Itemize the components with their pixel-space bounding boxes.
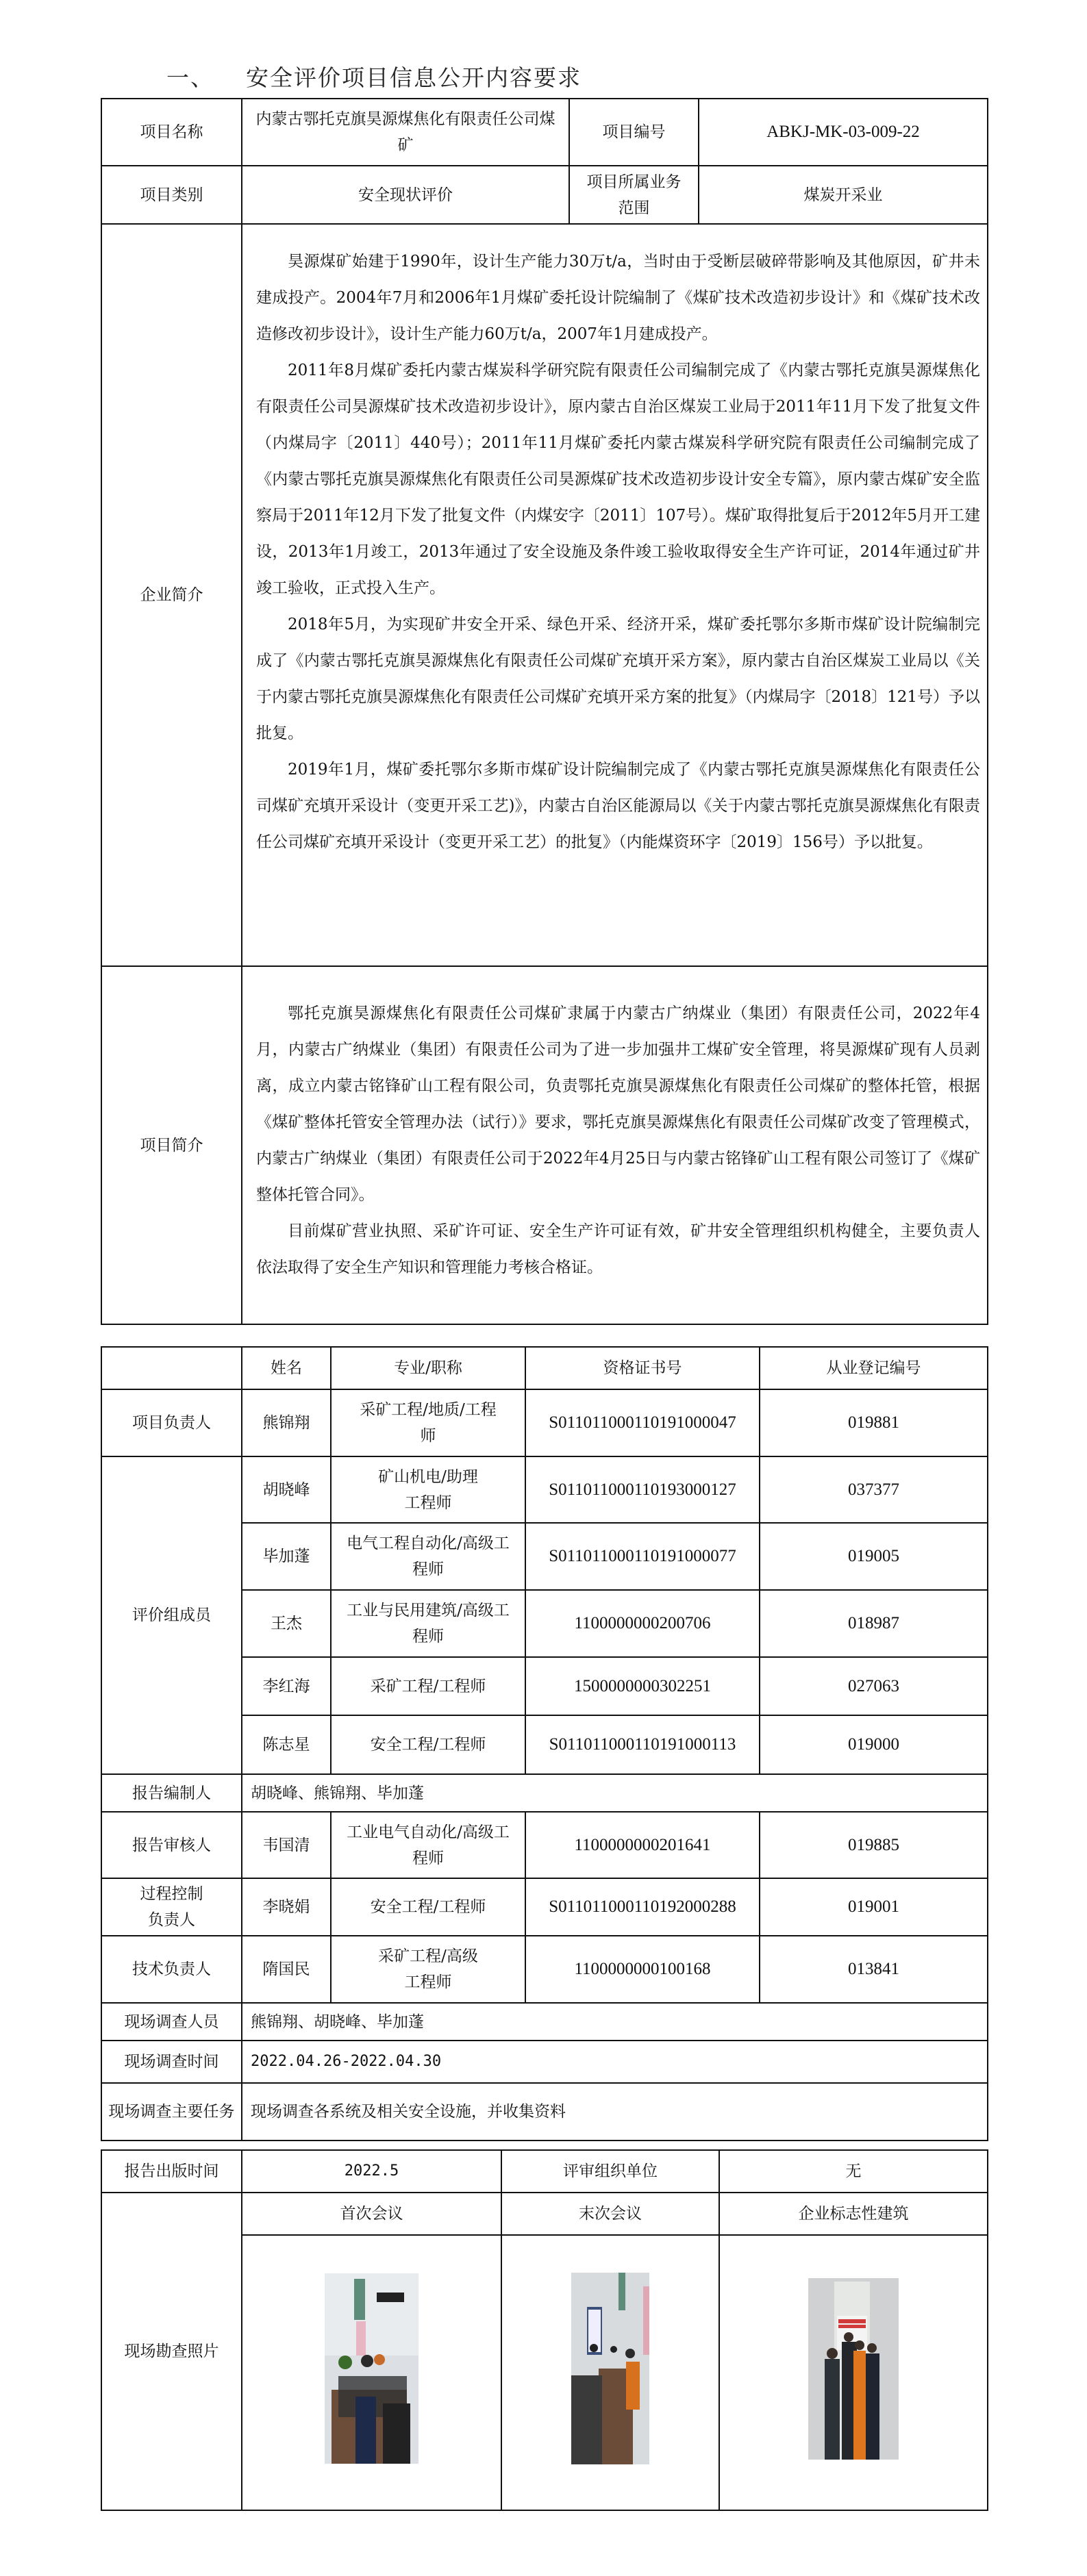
person-title: 安全工程/工程师 (331, 1878, 525, 1936)
table-row: 技术负责人 隋国民 采矿工程/高级工程师 1100000000100168 01… (101, 1936, 988, 2003)
person-title: 电气工程自动化/高级工程师 (331, 1523, 525, 1590)
photo-cell-first-meeting (242, 2235, 501, 2510)
project-intro-paragraph: 目前煤矿营业执照、采矿许可证、安全生产许可证有效，矿井安全管理组织机构健全，主要… (256, 1213, 980, 1286)
project-scope-value: 煤炭开采业 (699, 166, 988, 224)
meeting-room-image-icon (325, 2273, 418, 2464)
person-reg: 019000 (760, 1715, 988, 1774)
person-title: 采矿工程/工程师 (331, 1657, 525, 1715)
person-reg: 019881 (760, 1389, 988, 1456)
person-cert: 1100000000200706 (525, 1590, 760, 1657)
person-reg: 037377 (760, 1456, 988, 1523)
section-number: 一、 (166, 64, 214, 91)
role-process-control: 过程控制负责人 (101, 1878, 242, 1936)
person-cert: S011011000110191000047 (525, 1389, 760, 1456)
person-reg: 019005 (760, 1523, 988, 1590)
photo-cell-landmark (719, 2235, 988, 2510)
landmark-building-photo (808, 2278, 899, 2460)
table-row: 报告出版时间 2022.5 评审组织单位 无 (101, 2150, 988, 2193)
publish-photos-table: 报告出版时间 2022.5 评审组织单位 无 现场勘查照片 首次会议 末次会议 … (101, 2149, 988, 2511)
person-cert: S011011000110192000288 (525, 1878, 760, 1936)
project-category-value: 安全现状评价 (242, 166, 569, 224)
section-heading: 一、安全评价项目信息公开内容要求 (166, 60, 582, 92)
project-intro-text: 鄂托克旗昊源煤焦化有限责任公司煤矿隶属于内蒙古广纳煤业（集团）有限责任公司，20… (242, 966, 988, 1324)
person-title: 工业与民用建筑/高级工程师 (331, 1590, 525, 1657)
role-site-investigators: 现场调查人员 (101, 2003, 242, 2041)
site-investigators-value: 熊锦翔、胡晓峰、毕加蓬 (242, 2003, 988, 2041)
person-reg: 019001 (760, 1878, 988, 1936)
project-intro-paragraph: 鄂托克旗昊源煤焦化有限责任公司煤矿隶属于内蒙古广纳煤业（集团）有限责任公司，20… (256, 996, 980, 1213)
role-site-investigation-tasks: 现场调查主要任务 (101, 2083, 242, 2141)
person-cert: 1500000000302251 (525, 1657, 760, 1715)
person-name: 李晓娟 (242, 1878, 331, 1936)
report-publish-value: 2022.5 (242, 2150, 501, 2193)
role-report-author: 报告编制人 (101, 1774, 242, 1812)
photo-caption-row: 现场勘查照片 首次会议 末次会议 企业标志性建筑 (101, 2193, 988, 2235)
person-reg: 018987 (760, 1590, 988, 1657)
table-row: 现场调查时间 2022.04.26-2022.04.30 (101, 2041, 988, 2083)
personnel-header-row: 姓名 专业/职称 资格证书号 从业登记编号 (101, 1347, 988, 1389)
person-title: 采矿工程/高级工程师 (331, 1936, 525, 2003)
person-reg: 013841 (760, 1936, 988, 2003)
table-row: 项目负责人 熊锦翔 采矿工程/地质/工程师 S01101100011019100… (101, 1389, 988, 1456)
header-title: 专业/职称 (331, 1347, 525, 1389)
project-intro-label: 项目简介 (101, 966, 242, 1324)
section-title: 安全评价项目信息公开内容要求 (246, 64, 582, 91)
role-team-members: 评价组成员 (101, 1456, 242, 1774)
company-intro-paragraph: 2018年5月，为实现矿井安全开采、绿色开采、经济开采，煤矿委托鄂尔多斯市煤矿设… (256, 607, 980, 752)
role-technical-lead: 技术负责人 (101, 1936, 242, 2003)
row-project-name: 项目名称 内蒙古鄂托克旗昊源煤焦化有限责任公司煤矿 项目编号 ABKJ-MK-0… (101, 99, 988, 166)
project-info-table: 项目名称 内蒙古鄂托克旗昊源煤焦化有限责任公司煤矿 项目编号 ABKJ-MK-0… (101, 98, 988, 1325)
first-meeting-photo (325, 2273, 418, 2464)
row-project-intro: 项目简介 鄂托克旗昊源煤焦化有限责任公司煤矿隶属于内蒙古广纳煤业（集团）有限责任… (101, 966, 988, 1324)
role-report-publish: 报告出版时间 (101, 2150, 242, 2193)
table-row: 报告审核人 韦国清 工业电气自动化/高级工程师 1100000000201641… (101, 1812, 988, 1878)
photo-cell-last-meeting (501, 2235, 719, 2510)
role-site-investigation-time: 现场调查时间 (101, 2041, 242, 2083)
person-cert: 1100000000201641 (525, 1812, 760, 1878)
project-category-label: 项目类别 (101, 166, 242, 224)
role-site-photos: 现场勘查照片 (101, 2193, 242, 2510)
person-title: 安全工程/工程师 (331, 1715, 525, 1774)
header-reg: 从业登记编号 (760, 1347, 988, 1389)
header-blank (101, 1347, 242, 1389)
person-name: 韦国清 (242, 1812, 331, 1878)
person-cert: 1100000000100168 (525, 1936, 760, 2003)
company-intro-paragraph: 昊源煤矿始建于1990年，设计生产能力30万t/a，当时由于受断层破碎带影响及其… (256, 244, 980, 353)
person-name: 毕加蓬 (242, 1523, 331, 1590)
row-project-category: 项目类别 安全现状评价 项目所属业务范围 煤炭开采业 (101, 166, 988, 224)
last-meeting-photo (571, 2273, 649, 2464)
group-photo-image-icon (808, 2278, 899, 2460)
person-cert: S011011000110191000077 (525, 1523, 760, 1590)
review-org-value: 无 (719, 2150, 988, 2193)
project-name-label: 项目名称 (101, 99, 242, 166)
person-title: 矿山机电/助理工程师 (331, 1456, 525, 1523)
company-intro-text: 昊源煤矿始建于1990年，设计生产能力30万t/a，当时由于受断层破碎带影响及其… (242, 224, 988, 966)
role-report-reviewer: 报告审核人 (101, 1812, 242, 1878)
table-row: 过程控制负责人 李晓娟 安全工程/工程师 S011011000110192000… (101, 1878, 988, 1936)
person-cert: S011011000110191000113 (525, 1715, 760, 1774)
person-reg: 027063 (760, 1657, 988, 1715)
review-org-label: 评审组织单位 (501, 2150, 719, 2193)
person-name: 熊锦翔 (242, 1389, 331, 1456)
person-name: 隋国民 (242, 1936, 331, 2003)
person-name: 陈志星 (242, 1715, 331, 1774)
project-scope-label: 项目所属业务范围 (569, 166, 699, 224)
person-cert: S011011000110193000127 (525, 1456, 760, 1523)
report-author-value: 胡晓峰、熊锦翔、毕加蓬 (242, 1774, 988, 1812)
person-title: 采矿工程/地质/工程师 (331, 1389, 525, 1456)
site-investigation-time-value: 2022.04.26-2022.04.30 (242, 2041, 988, 2083)
person-reg: 019885 (760, 1812, 988, 1878)
photo-caption-first-meeting: 首次会议 (242, 2193, 501, 2235)
meeting-room-image-icon (571, 2273, 649, 2464)
table-row: 现场调查人员 熊锦翔、胡晓峰、毕加蓬 (101, 2003, 988, 2041)
row-company-intro: 企业简介 昊源煤矿始建于1990年，设计生产能力30万t/a，当时由于受断层破碎… (101, 224, 988, 966)
header-name: 姓名 (242, 1347, 331, 1389)
table-row: 评价组成员 胡晓峰 矿山机电/助理工程师 S011011000110193000… (101, 1456, 988, 1523)
site-investigation-tasks-value: 现场调查各系统及相关安全设施，并收集资料 (242, 2083, 988, 2141)
company-intro-paragraph: 2019年1月，煤矿委托鄂尔多斯市煤矿设计院编制完成了《内蒙古鄂托克旗昊源煤焦化… (256, 752, 980, 861)
company-intro-label: 企业简介 (101, 224, 242, 966)
personnel-table: 姓名 专业/职称 资格证书号 从业登记编号 项目负责人 熊锦翔 采矿工程/地质/… (101, 1346, 988, 2141)
photo-caption-landmark: 企业标志性建筑 (719, 2193, 988, 2235)
person-name: 王杰 (242, 1590, 331, 1657)
project-code-value: ABKJ-MK-03-009-22 (699, 99, 988, 166)
person-name: 胡晓峰 (242, 1456, 331, 1523)
person-name: 李红海 (242, 1657, 331, 1715)
project-code-label: 项目编号 (569, 99, 699, 166)
header-cert: 资格证书号 (525, 1347, 760, 1389)
photo-caption-last-meeting: 末次会议 (501, 2193, 719, 2235)
role-project-leader: 项目负责人 (101, 1389, 242, 1456)
project-name-value: 内蒙古鄂托克旗昊源煤焦化有限责任公司煤矿 (242, 99, 569, 166)
table-row: 报告编制人 胡晓峰、熊锦翔、毕加蓬 (101, 1774, 988, 1812)
table-row: 现场调查主要任务 现场调查各系统及相关安全设施，并收集资料 (101, 2083, 988, 2141)
person-title: 工业电气自动化/高级工程师 (331, 1812, 525, 1878)
company-intro-paragraph: 2011年8月煤矿委托内蒙古煤炭科学研究院有限责任公司编制完成了《内蒙古鄂托克旗… (256, 353, 980, 607)
